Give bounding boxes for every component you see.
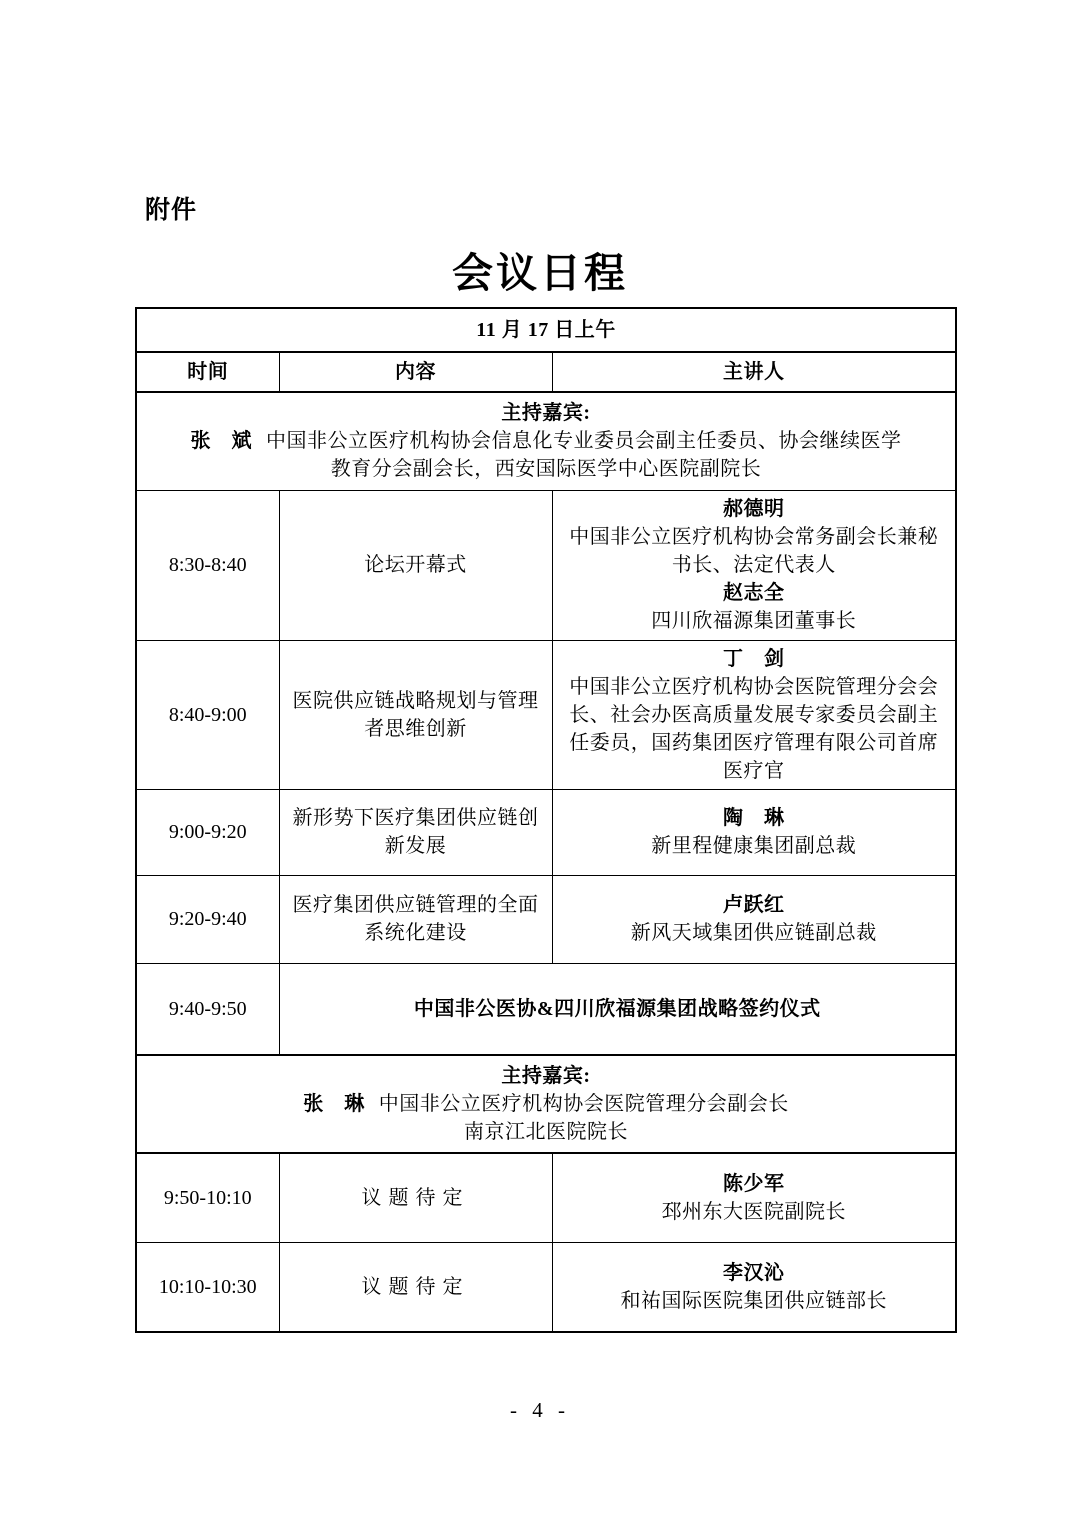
speaker-name: 赵志全 <box>561 579 948 607</box>
host-intro-line1: 张 琳中国非公立医疗机构协会医院管理分会副会长 <box>147 1090 945 1118</box>
host-label: 主持嘉宾: <box>147 1062 945 1090</box>
content-cell: 论坛开幕式 <box>279 490 552 640</box>
column-header-row: 时间 内容 主讲人 <box>136 352 956 392</box>
speaker-cell: 丁 剑 中国非公立医疗机构协会医院管理分会会长、社会办医高质量发展专家委员会副主… <box>552 640 956 789</box>
host-desc-line2: 教育分会副会长，西安国际医学中心医院副院长 <box>147 455 945 483</box>
agenda-row: 9:20-9:40 医疗集团供应链管理的全面系统化建设 卢跃红 新风天域集团供应… <box>136 875 956 963</box>
agenda-row: 8:40-9:00 医院供应链战略规划与管理者思维创新 丁 剑 中国非公立医疗机… <box>136 640 956 789</box>
agenda-row: 9:50-10:10 议题待定 陈少军 邳州东大医院副院长 <box>136 1153 956 1242</box>
speaker-title: 中国非公立医疗机构协会常务副会长兼秘书长、法定代表人 <box>561 523 948 579</box>
time-cell: 9:50-10:10 <box>136 1153 279 1242</box>
page-title: 会议日程 <box>0 240 1080 299</box>
content-cell: 议题待定 <box>279 1242 552 1332</box>
content-cell: 医疗集团供应链管理的全面系统化建设 <box>279 875 552 963</box>
speaker-cell: 卢跃红 新风天域集团供应链副总裁 <box>552 875 956 963</box>
speaker-title: 新里程健康集团副总裁 <box>561 832 948 860</box>
speaker-name: 丁 剑 <box>561 645 948 673</box>
speaker-cell: 陶 琳 新里程健康集团副总裁 <box>552 789 956 875</box>
speaker-title: 四川欣福源集团董事长 <box>561 607 948 635</box>
host-label: 主持嘉宾: <box>147 399 945 427</box>
speaker-title: 新风天域集团供应链副总裁 <box>561 919 948 947</box>
host-row-2: 主持嘉宾: 张 琳中国非公立医疗机构协会医院管理分会副会长 南京江北医院院长 <box>136 1055 956 1153</box>
time-cell: 8:40-9:00 <box>136 640 279 789</box>
host-row-1: 主持嘉宾: 张 斌中国非公立医疗机构协会信息化专业委员会副主任委员、协会继续医学… <box>136 392 956 490</box>
agenda-row: 8:30-8:40 论坛开幕式 郝德明 中国非公立医疗机构协会常务副会长兼秘书长… <box>136 490 956 640</box>
speaker-title: 中国非公立医疗机构协会医院管理分会会长、社会办医高质量发展专家委员会副主任委员，… <box>561 673 948 785</box>
speaker-title: 邳州东大医院副院长 <box>561 1198 948 1226</box>
speaker-title: 和祐国际医院集团供应链部长 <box>561 1287 948 1315</box>
speaker-cell: 李汉沁 和祐国际医院集团供应链部长 <box>552 1242 956 1332</box>
host-desc-line2: 南京江北医院院长 <box>147 1118 945 1146</box>
session-title: 11 月 17 日上午 <box>136 308 956 352</box>
col-header-content: 内容 <box>279 352 552 392</box>
time-cell: 9:40-9:50 <box>136 963 279 1055</box>
speaker-name: 李汉沁 <box>561 1259 948 1287</box>
content-cell: 医院供应链战略规划与管理者思维创新 <box>279 640 552 789</box>
speaker-name: 卢跃红 <box>561 891 948 919</box>
time-cell: 9:00-9:20 <box>136 789 279 875</box>
session-header-row: 11 月 17 日上午 <box>136 308 956 352</box>
speaker-cell: 郝德明 中国非公立医疗机构协会常务副会长兼秘书长、法定代表人 赵志全 四川欣福源… <box>552 490 956 640</box>
speaker-cell: 陈少军 邳州东大医院副院长 <box>552 1153 956 1242</box>
host-cell-2: 主持嘉宾: 张 琳中国非公立医疗机构协会医院管理分会副会长 南京江北医院院长 <box>136 1055 956 1153</box>
agenda-row: 10:10-10:30 议题待定 李汉沁 和祐国际医院集团供应链部长 <box>136 1242 956 1332</box>
host-desc-line1: 中国非公立医疗机构协会医院管理分会副会长 <box>379 1093 789 1115</box>
time-cell: 10:10-10:30 <box>136 1242 279 1332</box>
content-cell: 议题待定 <box>279 1153 552 1242</box>
speaker-name: 郝德明 <box>561 495 948 523</box>
speaker-name: 陈少军 <box>561 1170 948 1198</box>
ceremony-cell: 中国非公医协&四川欣福源集团战略签约仪式 <box>279 963 956 1055</box>
col-header-time: 时间 <box>136 352 279 392</box>
time-cell: 8:30-8:40 <box>136 490 279 640</box>
col-header-speaker: 主讲人 <box>552 352 956 392</box>
document-page: 附件 会议日程 11 月 17 日上午 时间 内容 主讲人 主持嘉宾: 张 斌中… <box>0 0 1080 1528</box>
page-number: - 4 - <box>0 1398 1080 1423</box>
agenda-row: 9:00-9:20 新形势下医疗集团供应链创新发展 陶 琳 新里程健康集团副总裁 <box>136 789 956 875</box>
host-desc-line1: 中国非公立医疗机构协会信息化专业委员会副主任委员、协会继续医学 <box>266 430 902 452</box>
host-name: 张 斌 <box>191 430 253 452</box>
host-cell-1: 主持嘉宾: 张 斌中国非公立医疗机构协会信息化专业委员会副主任委员、协会继续医学… <box>136 392 956 490</box>
speaker-name: 陶 琳 <box>561 804 948 832</box>
host-intro-line1: 张 斌中国非公立医疗机构协会信息化专业委员会副主任委员、协会继续医学 <box>147 427 945 455</box>
content-cell: 新形势下医疗集团供应链创新发展 <box>279 789 552 875</box>
ceremony-row: 9:40-9:50 中国非公医协&四川欣福源集团战略签约仪式 <box>136 963 956 1055</box>
host-name: 张 琳 <box>303 1093 365 1115</box>
attachment-label: 附件 <box>145 190 1080 226</box>
agenda-table: 11 月 17 日上午 时间 内容 主讲人 主持嘉宾: 张 斌中国非公立医疗机构… <box>135 307 957 1333</box>
time-cell: 9:20-9:40 <box>136 875 279 963</box>
